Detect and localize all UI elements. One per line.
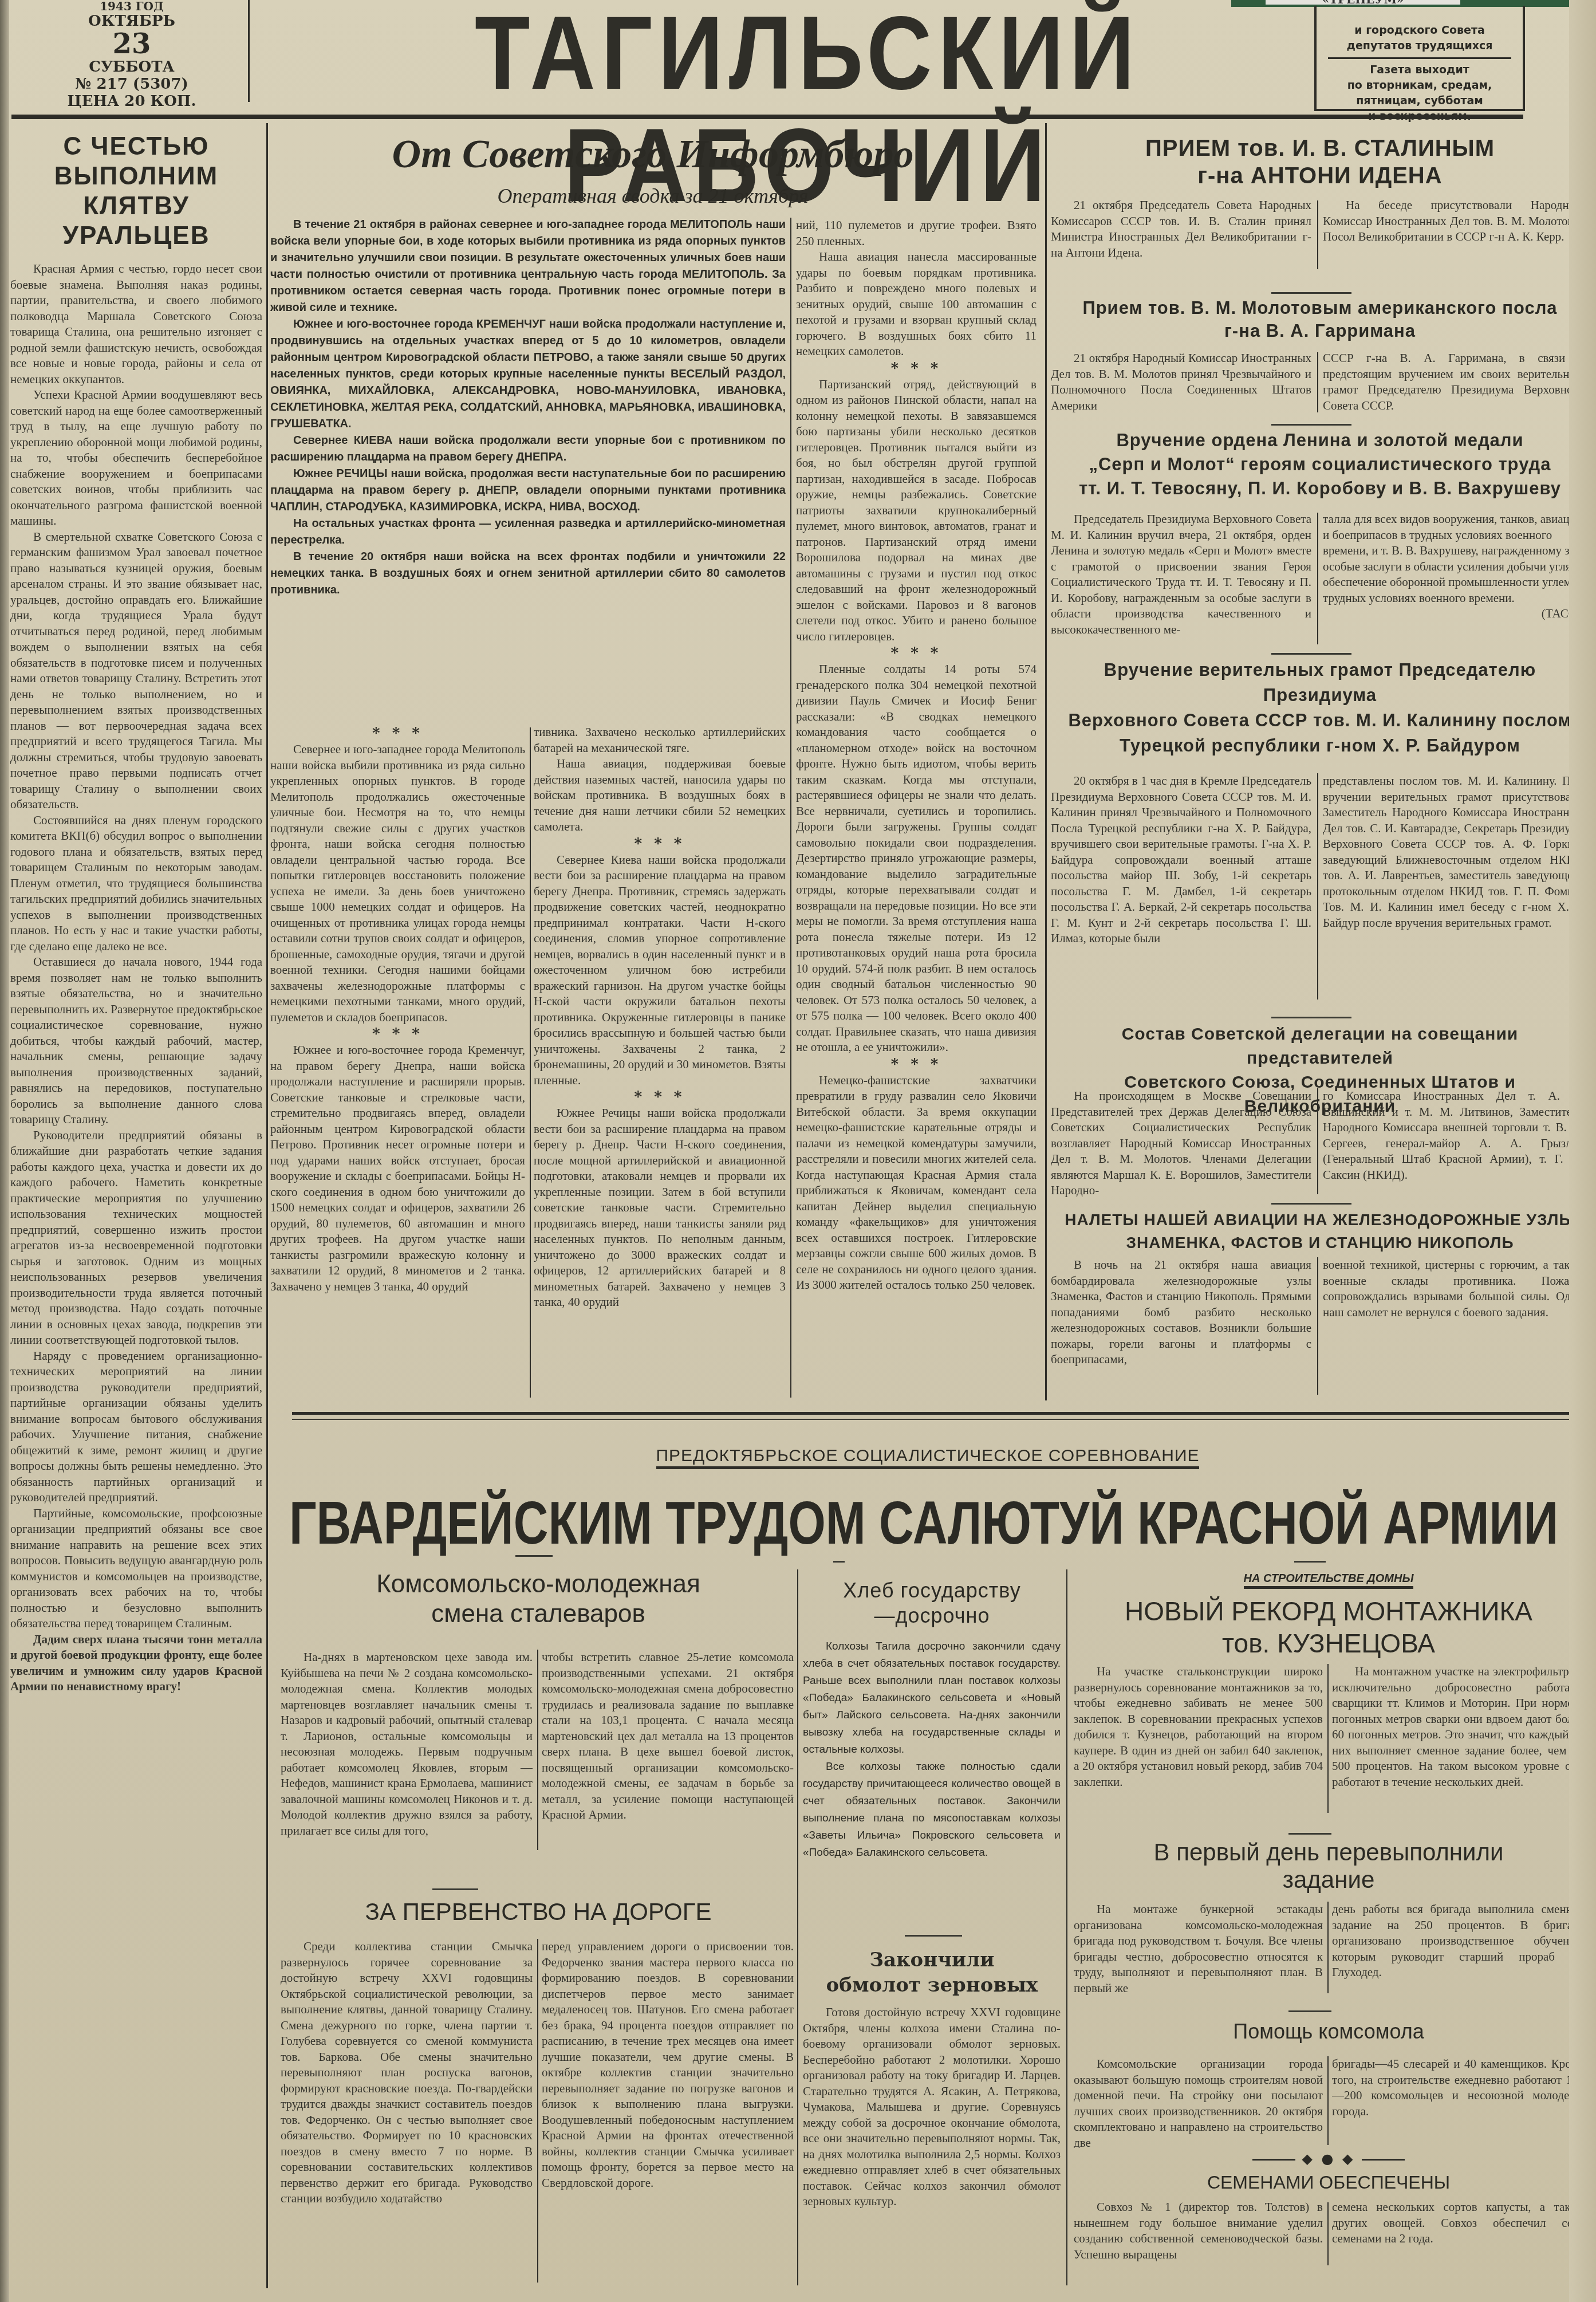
molotov-harriman-col-1: 21 октября Народный Комиссар Иностранных… — [1051, 351, 1311, 414]
molotov-harriman-headline-line-1: Прием тов. В. М. Молотовым американского… — [1051, 297, 1589, 320]
stalin-eden-headline-line-1: ПРИЕМ тов. И. В. СТАЛИНЫМ — [1051, 135, 1589, 162]
grain-headline-line-2: —досрочно — [802, 1603, 1062, 1628]
orders-col-2: талла для всех видов вооружения, танков,… — [1323, 511, 1583, 646]
blast-furnace-col-1: На участке стальконструкции широко разве… — [1074, 1664, 1323, 1813]
article-separator — [1271, 1203, 1351, 1205]
column-rule — [1317, 513, 1318, 644]
masthead-bottom-rule — [11, 115, 1523, 119]
sovinform-paragraph: Наша авиация нанесла массированные удары… — [796, 249, 1037, 360]
first-day-col-2: день работы вся бригада выполнила сменно… — [1332, 1902, 1584, 1996]
editorial-headline: С ЧЕСТЬЮ ВЫПОЛНИМ КЛЯТВУ УРАЛЬЦЕВ — [10, 132, 262, 251]
editorial-paragraph: Красная Армия с честью, гордо несет свои… — [10, 261, 262, 387]
banner-kicker: ПРЕДОКТЯБРЬСКОЕ СОЦИАЛИСТИЧЕСКОЕ СОРЕВНО… — [269, 1446, 1586, 1466]
railway-col-1: Среди коллектива станции Смычка разверну… — [281, 1939, 533, 2283]
credentials-headline-line-2: Верховного Совета СССР тов. М. И. Калини… — [1051, 708, 1589, 733]
editorial-paragraph: Наряду с проведением организационно-техн… — [10, 1348, 262, 1506]
schedule-line-3: пятницам, субботам — [1317, 93, 1523, 109]
column-rule-right — [1045, 123, 1047, 1400]
komsomol-help-col-1: Комсомольские организации города оказыва… — [1074, 2056, 1323, 2148]
sovinform-paragraph: Южнее Речицы наши войска продолжали вест… — [534, 1105, 786, 1311]
article-separator — [1271, 292, 1351, 294]
article-separator — [1288, 1833, 1331, 1835]
grain-headline: Хлеб государству —досрочно — [802, 1578, 1062, 1628]
steelmakers-headline: Комсомольско-молодежная смена сталеваров — [281, 1569, 796, 1629]
section-stars: * * * — [270, 725, 525, 742]
air-raids-headline-line-2: ЗНАМЕНКА, ФАСТОВ И СТАНЦИЮ НИКОПОЛЬ — [1051, 1231, 1589, 1254]
sovinform-paragraph: В течение 20 октября наши войска на всех… — [270, 549, 786, 599]
sovinform-paragraph: Севернее КИЕВА наши войска продолжали ве… — [270, 432, 786, 466]
section-stars: * * * — [796, 644, 1037, 662]
column-rule — [1327, 1902, 1329, 1993]
air-raids-headline-line-1: НАЛЕТЫ НАШЕЙ АВИАЦИИ НА ЖЕЛЕЗНОДОРОЖНЫЕ … — [1051, 1209, 1589, 1231]
credentials-col-1: 20 октября в 1 час дня в Кремле Председа… — [1051, 773, 1311, 999]
seeds-col-1: Совхоз № 1 (директор тов. Толстов) в нын… — [1074, 2199, 1323, 2268]
sovinform-paragraph: Наша авиация, поддерживая боевые действи… — [534, 756, 786, 835]
stalin-eden-headline-line-2: г-на АНТОНИ ИДЕНА — [1051, 162, 1589, 190]
blast-furnace-kicker: НА СТРОИТЕЛЬСТВЕ ДОМНЫ — [1071, 1572, 1586, 1585]
orders-headline: Вручение ордена Ленина и золотой медали … — [1051, 428, 1589, 501]
article-separator — [833, 1561, 845, 1563]
sovinform-headline: От Советского Информбюро — [269, 129, 1037, 180]
masthead-divider — [248, 0, 250, 102]
sovinform-paragraph: Севернее и юго-западнее города Мелитопол… — [270, 742, 525, 1025]
sovinform-paragraph: Южнее РЕЧИЦЫ наши войска, продолжая вест… — [270, 466, 786, 516]
sovinform-mid-column-1: * * * Севернее и юго-западнее города Мел… — [270, 725, 525, 1398]
article-separator — [1271, 1017, 1351, 1018]
threshing-body: Готовя достойную встречу XXVI годовщине … — [803, 2005, 1061, 2285]
editorial-article: С ЧЕСТЬЮ ВЫПОЛНИМ КЛЯТВУ УРАЛЬЦЕВ Красна… — [10, 132, 262, 2285]
first-day-headline: В первый день перевыполнили задание — [1071, 1839, 1586, 1894]
threshing-headline: Закончили обмолот зерновых — [802, 1947, 1062, 1998]
ornament-line-left — [1252, 2159, 1295, 2161]
editorial-headline-line-2: КЛЯТВУ УРАЛЬЦЕВ — [10, 191, 262, 251]
publisher-separator — [1328, 57, 1511, 59]
blast-furnace-headline-line-2: тов. КУЗНЕЦОВА — [1071, 1627, 1586, 1659]
column-rule — [797, 1569, 798, 2285]
molotov-harriman-col-2: СССР г-на В. А. Гарримана, в связи с пре… — [1323, 351, 1583, 414]
section-stars: * * * — [534, 1088, 786, 1105]
sovinform-paragraph: Южнее и юго-восточнее города КРЕМЕНЧУГ н… — [270, 316, 786, 432]
scan-edge-shadow — [0, 0, 9, 2302]
blast-furnace-headline: НОВЫЙ РЕКОРД МОНТАЖНИКА тов. КУЗНЕЦОВА — [1071, 1595, 1586, 1659]
sovinform-paragraph: Пленные солдаты 14 роты 574 гренадерског… — [796, 662, 1037, 1056]
air-raids-col-2: военной техникой, цистерны с горючим, а … — [1323, 1257, 1583, 1398]
column-rule-mid — [530, 727, 531, 1398]
steelmakers-col-1: На-днях в мартеновском цехе завода им. К… — [281, 1650, 533, 1853]
issue-weekday: СУББОТА — [17, 58, 246, 76]
column-rule-sovinform — [790, 218, 791, 1398]
delegation-col-1: На происходящем в Москве Совещании Предс… — [1051, 1088, 1311, 1197]
orders-col-2-text: талла для всех видов вооружения, танков,… — [1323, 512, 1582, 605]
editorial-paragraph: Партийные, комсомольские, профсоюзные ор… — [10, 1506, 262, 1632]
article-separator — [1271, 424, 1351, 426]
sovinform-paragraph: В течение 21 октября в районах севернее … — [270, 217, 786, 316]
column-rule — [537, 1939, 538, 2283]
issue-day: 23 — [17, 30, 246, 58]
blast-furnace-headline-line-1: НОВЫЙ РЕКОРД МОНТАЖНИКА — [1071, 1595, 1586, 1627]
steelmakers-headline-line-1: Комсомольско-молодежная — [281, 1569, 796, 1599]
ornament-glyphs: ◆ ● ◆ — [1302, 2151, 1355, 2167]
railway-headline: ЗА ПЕРВЕНСТВО НА ДОРОГЕ — [281, 1896, 796, 1928]
section-stars: * * * — [270, 1025, 525, 1042]
first-day-headline-line-2: задание — [1071, 1866, 1586, 1894]
article-separator — [515, 1555, 553, 1557]
publisher-line-2: депутатов трудящихся — [1317, 38, 1523, 54]
editorial-paragraph: Оставшиеся до начала нового, 1944 года в… — [10, 954, 262, 1128]
threshing-headline-line-1: Закончили — [802, 1947, 1062, 1973]
publisher-line-1: и городского Совета — [1317, 23, 1523, 38]
credentials-headline-line-1: Вручение верительных грамот Председателю… — [1051, 658, 1589, 708]
editorial-headline-line-1: С ЧЕСТЬЮ ВЫПОЛНИМ — [10, 132, 262, 191]
orders-headline-line-3: тт. И. Т. Тевосяну, П. И. Коробову и В. … — [1051, 477, 1589, 501]
threshing-headline-line-2: обмолот зерновых — [802, 1973, 1062, 1998]
orders-source: (ТАСС). — [1323, 606, 1583, 622]
article-separator — [1288, 2010, 1331, 2012]
section-stars: * * * — [796, 360, 1037, 377]
column-rule — [1327, 1664, 1329, 1813]
delegation-col-2: го Комиссара Иностранных Дел т. А. Я. Вы… — [1323, 1088, 1583, 1197]
molotov-harriman-headline: Прием тов. В. М. Молотовым американского… — [1051, 297, 1589, 343]
section-stars: * * * — [534, 835, 786, 852]
column-rule — [1066, 1569, 1067, 2285]
section-stars: * * * — [796, 1056, 1037, 1073]
railway-col-2: перед управлением дороги о присвоении то… — [542, 1939, 794, 2283]
issue-date-box: 1943 ГОД ОКТЯБРЬ 23 СУББОТА № 217 (5307)… — [17, 0, 246, 109]
komsomol-help-col-2: бригады—45 слесарей и 40 каменщиков. Кро… — [1332, 2056, 1584, 2148]
air-raids-col-1: В ночь на 21 октября наша авиация бомбар… — [1051, 1257, 1311, 1398]
column-rule-left — [266, 123, 268, 2288]
komsomol-help-headline: Помощь комсомола — [1071, 2019, 1586, 2044]
stalin-eden-col-1: 21 октября Председатель Совета Народных … — [1051, 198, 1311, 272]
molotov-harriman-headline-line-2: г-на В. А. Гарримана — [1051, 320, 1589, 343]
blast-furnace-col-2: На монтажном участке на электрофильтре 6… — [1332, 1664, 1584, 1813]
sovinform-paragraph: тивника. Захвачено несколько артиллерийс… — [534, 725, 786, 756]
scan-edge-right — [1569, 0, 1596, 2302]
credentials-col-2: представлены послом тов. М. И. Калинину.… — [1323, 773, 1583, 999]
sovinform-paragraph: Южнее и юго-восточнее города Кременчуг, … — [270, 1042, 525, 1294]
first-day-headline-line-1: В первый день перевыполнили — [1071, 1839, 1586, 1866]
newspaper-title: ТАГИЛЬСКИЙ РАБОЧИЙ — [263, 0, 1351, 109]
grain-headline-line-1: Хлеб государству — [802, 1578, 1062, 1603]
schedule-line-1: Газета выходит — [1317, 62, 1523, 78]
seeds-col-2: семена нескольких сортов капусты, а такж… — [1332, 2199, 1584, 2268]
banner-top-rule-thin — [292, 1419, 1575, 1420]
publisher-box: и городского Совета депутатов трудящихся… — [1314, 6, 1525, 111]
article-separator — [1294, 1561, 1326, 1563]
banner-kicker-text: ПРЕДОКТЯБРЬСКОЕ СОЦИАЛИСТИЧЕСКОЕ СОРЕВНО… — [656, 1446, 1200, 1469]
newspaper-page: «ТРЕНЕУМ» 1943 ГОД ОКТЯБРЬ 23 СУББОТА № … — [0, 0, 1596, 2302]
sovinform-right-column: ний, 110 пулеметов и другие трофеи. Взят… — [796, 218, 1037, 1398]
article-separator — [432, 1888, 478, 1890]
sovinform-paragraph: Севернее Киева наши войска продолжали ве… — [534, 852, 786, 1089]
column-rule — [1317, 773, 1318, 999]
column-rule — [1327, 2056, 1329, 2145]
grain-body: Колхозы Тагила досрочно закончили сдачу … — [803, 1638, 1061, 1913]
banner-top-rule — [292, 1412, 1575, 1415]
seeds-headline: СЕМЕНАМИ ОБЕСПЕЧЕНЫ — [1071, 2171, 1586, 2194]
editorial-paragraph: В смертельной схватке Советского Союза с… — [10, 529, 262, 813]
sovinform-paragraph: Немецко-фашистские захватчики превратили… — [796, 1073, 1037, 1293]
editorial-paragraph: Успехи Красной Армии воодушевляют весь с… — [10, 387, 262, 529]
orders-col-1: Председатель Президиума Верховного Совет… — [1051, 511, 1311, 646]
column-rule — [1317, 352, 1318, 412]
sovinform-summary: В течение 21 октября в районах севернее … — [270, 217, 786, 723]
ornament-divider: ◆ ● ◆ — [1071, 2151, 1586, 2167]
column-rule — [1327, 2202, 1329, 2265]
first-day-col-1: На монтаже бункерной эстакады организова… — [1074, 1902, 1323, 1996]
sovinform-paragraph: ний, 110 пулеметов и другие трофеи. Взят… — [796, 218, 1037, 249]
stalin-eden-headline: ПРИЕМ тов. И. В. СТАЛИНЫМ г-на АНТОНИ ИД… — [1051, 135, 1589, 190]
sovinform-mid-column-2: тивника. Захвачено несколько артиллерийс… — [534, 725, 786, 1398]
banner-headline: ГВАРДЕЙСКИМ ТРУДОМ САЛЮТУЙ КРАСНОЙ АРМИИ… — [289, 1483, 1583, 1563]
credentials-headline: Вручение верительных грамот Председателю… — [1051, 658, 1589, 758]
sovinform-paragraph: На остальных участках фронта — усиленная… — [270, 516, 786, 549]
column-rule — [1317, 200, 1318, 269]
editorial-closing-paragraph: Дадим сверх плана тысячи тонн металла и … — [10, 1632, 262, 1695]
column-rule — [1317, 1088, 1318, 1194]
column-rule — [537, 1650, 538, 1850]
stalin-eden-col-2: На беседе присутствовали Народный Комисс… — [1323, 198, 1583, 272]
sovinform-paragraph: Партизанский отряд, действующий в одном … — [796, 377, 1037, 645]
issue-month: ОКТЯБРЬ — [17, 13, 246, 30]
grain-paragraph: Колхозы Тагила досрочно закончили сдачу … — [803, 1638, 1061, 1758]
grain-paragraph: Все колхозы также полностью сдали госуда… — [803, 1758, 1061, 1862]
ornament-line-right — [1362, 2159, 1405, 2161]
issue-number: № 217 (5307) — [17, 76, 246, 93]
schedule-line-2: по вторникам, средам, — [1317, 78, 1523, 93]
delegation-headline-line-1: Состав Советской делегации на совещании … — [1051, 1022, 1589, 1071]
sovinform-subheadline: Оперативная сводка за 21 октября — [269, 183, 1037, 208]
editorial-paragraph: Состоявшийся на днях пленум городского к… — [10, 813, 262, 955]
article-separator — [1271, 653, 1351, 655]
steelmakers-col-2: чтобы встретить славное 25-летие комсомо… — [542, 1650, 794, 1853]
column-rule — [1317, 1257, 1318, 1395]
credentials-headline-line-3: Турецкой республики г-ном Х. Р. Байдуром — [1051, 733, 1589, 758]
year-line: 1943 ГОД — [17, 0, 246, 13]
orders-headline-line-2: „Серп и Молот“ героям социалистического … — [1051, 452, 1589, 477]
article-separator — [905, 1935, 962, 1937]
steelmakers-headline-line-2: смена сталеваров — [281, 1599, 796, 1629]
orders-headline-line-1: Вручение ордена Ленина и золотой медали — [1051, 428, 1589, 452]
blast-furnace-kicker-text: НА СТРОИТЕЛЬСТВЕ ДОМНЫ — [1244, 1572, 1414, 1589]
air-raids-headline: НАЛЕТЫ НАШЕЙ АВИАЦИИ НА ЖЕЛЕЗНОДОРОЖНЫЕ … — [1051, 1209, 1589, 1254]
issue-price: ЦЕНА 20 КОП. — [17, 93, 246, 110]
editorial-paragraph: Руководители предприятий обязаны в ближа… — [10, 1128, 262, 1348]
